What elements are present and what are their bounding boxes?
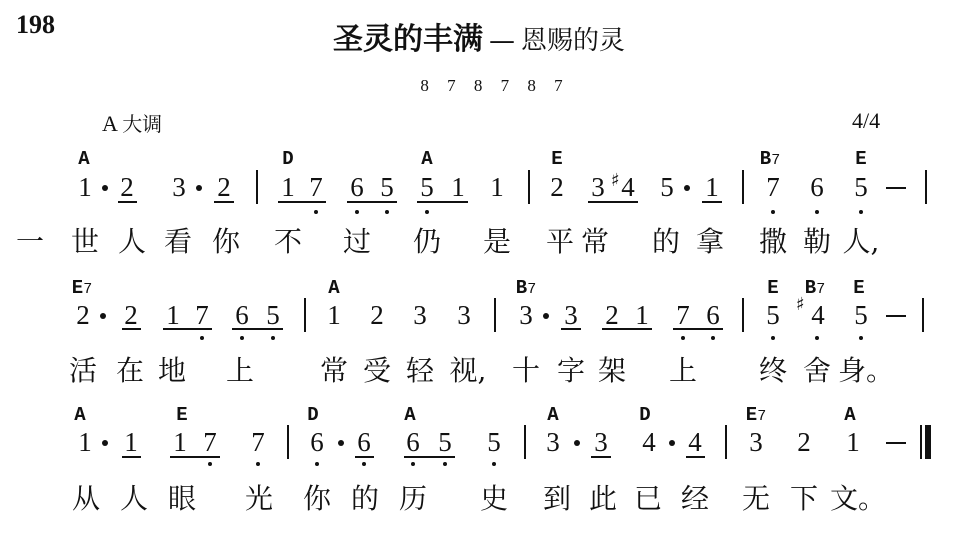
augmentation-dot	[100, 313, 106, 319]
eighth-note-underline	[122, 328, 141, 330]
note: 1	[75, 427, 95, 457]
note: 3	[516, 300, 536, 330]
note: 1	[121, 427, 141, 457]
note: 4	[808, 300, 828, 330]
chord-symbol: B7	[760, 148, 780, 170]
note: 2	[602, 300, 622, 330]
note: 5	[377, 172, 397, 202]
note: 3	[591, 427, 611, 457]
lower-octave-dot	[425, 210, 429, 214]
chord-symbol: A	[74, 404, 85, 426]
note: 5	[484, 427, 504, 457]
eighth-note-underline	[347, 201, 397, 203]
time-signature: 4/4	[852, 108, 880, 134]
eighth-note-underline	[561, 328, 581, 330]
lyric-char: 仍	[413, 226, 441, 258]
chord-symbol: A	[404, 404, 415, 426]
note: 3	[543, 427, 563, 457]
lyric-char: 光	[245, 483, 273, 515]
lower-octave-dot	[771, 336, 775, 340]
note: 2	[794, 427, 814, 457]
note: 5	[851, 172, 871, 202]
lyric-char: 世	[71, 226, 99, 258]
lyric-char: 活	[69, 355, 97, 387]
bar-line	[742, 298, 744, 332]
note: 2	[121, 300, 141, 330]
note: 1	[278, 172, 298, 202]
lyric-char: 不	[274, 226, 302, 258]
key-letter: A	[102, 111, 117, 136]
note: 7	[673, 300, 693, 330]
lyric-char: 已	[634, 483, 662, 515]
chord-symbol: A	[547, 404, 558, 426]
lower-octave-dot	[411, 462, 415, 466]
note: 2	[117, 172, 137, 202]
eighth-note-underline	[602, 328, 652, 330]
lyric-char: 人	[118, 226, 146, 258]
lyric-char: 文。	[830, 483, 886, 515]
lyric-char: 拿	[696, 226, 724, 258]
lyric-char: 历	[399, 483, 427, 515]
augmentation-dot	[669, 440, 675, 446]
augmentation-dot	[102, 185, 108, 191]
bar-line	[256, 170, 258, 204]
sharp-sign: ♯	[796, 294, 805, 315]
bar-line	[304, 298, 306, 332]
lyric-char: 你	[212, 226, 240, 258]
note: 1	[324, 300, 344, 330]
lyric-char: 轻	[406, 355, 434, 387]
lyric-char: 的	[652, 226, 680, 258]
lyric-char: 从	[72, 483, 100, 515]
lower-octave-dot	[256, 462, 260, 466]
chord-symbol: E7	[746, 404, 766, 426]
lyric-char: 常	[581, 226, 609, 258]
note: 6	[807, 172, 827, 202]
lyric-char: 上	[669, 355, 697, 387]
note: 7	[763, 172, 783, 202]
chord-symbol: A	[78, 148, 89, 170]
note: 7	[306, 172, 326, 202]
key-signature: A 大调	[102, 108, 162, 137]
bar-line	[494, 298, 496, 332]
title-main: 圣灵的丰满	[333, 22, 483, 57]
note: 3	[561, 300, 581, 330]
lyric-char: 过	[343, 226, 371, 258]
note: 3	[169, 172, 189, 202]
augmentation-dot	[543, 313, 549, 319]
note: 2	[547, 172, 567, 202]
note: 3	[588, 172, 608, 202]
chord-symbol: E	[855, 148, 866, 170]
note: 6	[354, 427, 374, 457]
note: 4	[639, 427, 659, 457]
lyric-char: 终	[759, 355, 787, 387]
note: 2	[73, 300, 93, 330]
lower-octave-dot	[859, 210, 863, 214]
note: 4	[618, 172, 638, 202]
note: 6	[703, 300, 723, 330]
note: 5	[263, 300, 283, 330]
note: 2	[367, 300, 387, 330]
chord-symbol: A	[421, 148, 432, 170]
lyric-char: 是	[483, 226, 511, 258]
chord-symbol: E7	[72, 277, 92, 299]
lower-octave-dot	[681, 336, 685, 340]
eighth-note-underline	[417, 201, 468, 203]
lyric-char: 无	[742, 483, 770, 515]
note: 1	[170, 427, 190, 457]
lyric-char: 十	[512, 355, 540, 387]
bar-line	[528, 170, 530, 204]
note: 7	[200, 427, 220, 457]
lower-octave-dot	[443, 462, 447, 466]
lyric-char: 舍	[803, 355, 831, 387]
lyric-char: 此	[589, 483, 617, 515]
note: 3	[410, 300, 430, 330]
lyric-char: 你	[303, 483, 331, 515]
eighth-note-underline	[214, 201, 234, 203]
lower-octave-dot	[314, 210, 318, 214]
note: 6	[403, 427, 423, 457]
lyric-char: 视,	[450, 355, 487, 387]
lyric-char: 人,	[843, 226, 880, 258]
note: 1	[843, 427, 863, 457]
lyric-char: 人	[120, 483, 148, 515]
note: 3	[454, 300, 474, 330]
eighth-note-underline	[118, 201, 137, 203]
lower-octave-dot	[208, 462, 212, 466]
eighth-note-underline	[588, 201, 638, 203]
note: 5	[657, 172, 677, 202]
chord-symbol: A	[844, 404, 855, 426]
note: 1	[632, 300, 652, 330]
augmentation-dot	[102, 440, 108, 446]
eighth-note-underline	[122, 456, 141, 458]
eighth-note-underline	[163, 328, 212, 330]
note: 6	[307, 427, 327, 457]
lyric-char: 下	[790, 483, 818, 515]
eighth-note-underline	[702, 201, 722, 203]
chord-symbol: D	[639, 404, 650, 426]
eighth-note-underline	[278, 201, 326, 203]
note: 6	[347, 172, 367, 202]
final-bar-thick	[925, 425, 931, 459]
bar-line	[287, 425, 289, 459]
bar-line	[925, 170, 927, 204]
title-subtitle: 恩赐的灵	[521, 26, 625, 56]
eighth-note-underline	[673, 328, 723, 330]
note: 6	[232, 300, 252, 330]
note: 5	[435, 427, 455, 457]
lyric-char: 架	[598, 355, 626, 387]
augmentation-dot	[684, 185, 690, 191]
note: 7	[248, 427, 268, 457]
eighth-note-underline	[591, 456, 611, 458]
key-label: 大调	[122, 112, 162, 136]
chord-symbol: B7	[516, 277, 536, 299]
augmentation-dot	[196, 185, 202, 191]
lyric-char: 史	[480, 483, 508, 515]
note: 3	[746, 427, 766, 457]
note: 4	[685, 427, 705, 457]
lyric-char: 上	[226, 355, 254, 387]
note: 2	[214, 172, 234, 202]
note: 5	[763, 300, 783, 330]
augmentation-dot	[338, 440, 344, 446]
chord-symbol: A	[328, 277, 339, 299]
note: 1	[75, 172, 95, 202]
note: 5	[417, 172, 437, 202]
bar-line	[725, 425, 727, 459]
title-separator: —	[489, 26, 515, 56]
note: 1	[448, 172, 468, 202]
note: 1	[163, 300, 183, 330]
eighth-note-underline	[232, 328, 283, 330]
lyric-char: 的	[351, 483, 379, 515]
chord-symbol: D	[282, 148, 293, 170]
lyric-char: 常	[320, 355, 348, 387]
lower-octave-dot	[859, 336, 863, 340]
lyric-char: 看	[164, 226, 192, 258]
lyric-char: 眼	[168, 483, 196, 515]
lower-octave-dot	[240, 336, 244, 340]
lower-octave-dot	[355, 210, 359, 214]
meter: 8 7 8 7 8 7	[0, 76, 958, 96]
lower-octave-dot	[315, 462, 319, 466]
lyric-char: 勒	[803, 226, 831, 258]
lower-octave-dot	[815, 210, 819, 214]
augmentation-dot	[574, 440, 580, 446]
final-bar-thin	[920, 425, 922, 459]
bar-line	[742, 170, 744, 204]
lower-octave-dot	[771, 210, 775, 214]
lyric-char: 撒	[759, 226, 787, 258]
lower-octave-dot	[711, 336, 715, 340]
lower-octave-dot	[271, 336, 275, 340]
lyric-char: 平	[546, 226, 574, 258]
sustain-dash	[886, 315, 906, 317]
note: 7	[192, 300, 212, 330]
lyric-char: 字	[557, 355, 585, 387]
lower-octave-dot	[385, 210, 389, 214]
chord-symbol: E	[853, 277, 864, 299]
lyric-char: 地	[158, 355, 186, 387]
lower-octave-dot	[200, 336, 204, 340]
note: 1	[487, 172, 507, 202]
lyric-char: 到	[543, 483, 571, 515]
lower-octave-dot	[492, 462, 496, 466]
note: 1	[702, 172, 722, 202]
eighth-note-underline	[355, 456, 374, 458]
lyric-char: 身。	[838, 355, 894, 387]
sharp-sign: ♯	[611, 170, 620, 191]
hymn-title: 圣灵的丰满—恩赐的灵	[0, 14, 958, 58]
eighth-note-underline	[686, 456, 705, 458]
bar-line	[524, 425, 526, 459]
chord-symbol: B7	[805, 277, 825, 299]
bar-line	[922, 298, 924, 332]
lyric-char: 一	[16, 226, 44, 258]
lower-octave-dot	[362, 462, 366, 466]
lyric-char: 在	[116, 355, 144, 387]
chord-symbol: E	[551, 148, 562, 170]
eighth-note-underline	[170, 456, 220, 458]
chord-symbol: D	[307, 404, 318, 426]
sustain-dash	[886, 187, 906, 189]
note: 5	[851, 300, 871, 330]
eighth-note-underline	[404, 456, 455, 458]
lyric-char: 受	[363, 355, 391, 387]
chord-symbol: E	[767, 277, 778, 299]
lyric-char: 经	[681, 483, 709, 515]
lower-octave-dot	[815, 336, 819, 340]
chord-symbol: E	[176, 404, 187, 426]
sustain-dash	[886, 442, 906, 444]
